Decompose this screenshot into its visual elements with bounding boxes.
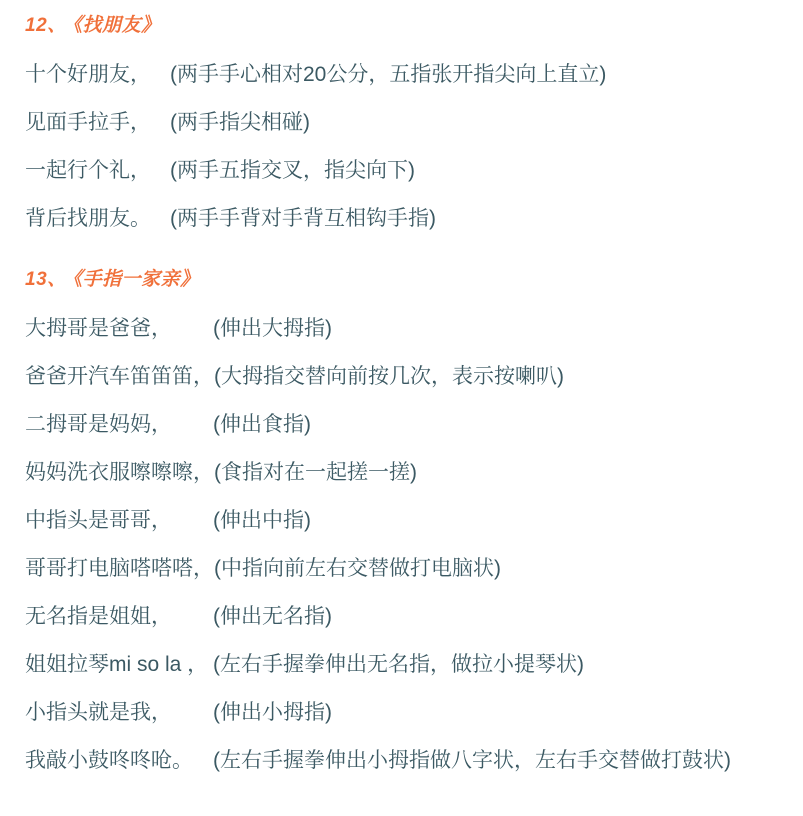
lyric-text: 见面手拉手， (25, 112, 170, 134)
lyric-text: 小指头就是我， (25, 702, 213, 724)
section-number: 13、 (25, 269, 67, 290)
lyric-text: 爸爸开汽车笛笛笛， (25, 366, 214, 388)
rhyme-line: 十个好朋友， (两手手心相对20公分，五指张开指尖向上直立) (25, 64, 783, 86)
rhyme-line: 小指头就是我， (伸出小拇指) (25, 702, 783, 724)
lyric-text: 无名指是姐姐， (25, 606, 213, 628)
action-text: (伸出中指) (213, 510, 311, 532)
lyric-text: 十个好朋友， (25, 64, 170, 86)
action-text: (中指向前左右交替做打电脑状) (214, 558, 501, 580)
rhyme-line: 大拇哥是爸爸， (伸出大拇指) (25, 318, 783, 340)
lyric-text: 背后找朋友。 (25, 208, 170, 230)
document-page: 12、《找朋友》 十个好朋友， (两手手心相对20公分，五指张开指尖向上直立) … (0, 0, 803, 816)
section-title: 13、《手指一家亲》 (25, 268, 783, 292)
action-text: (左右手握拳伸出小拇指做八字状，左右手交替做打鼓状) (213, 750, 731, 772)
section-number: 12、 (25, 15, 67, 36)
rhyme-line: 背后找朋友。 (两手手背对手背互相钩手指) (25, 208, 783, 230)
action-text: (两手指尖相碰) (170, 112, 310, 134)
lyric-text: 姐姐拉琴mi so la ， (25, 654, 213, 676)
section-title-text: 《找朋友》 (73, 15, 161, 36)
lyric-text: 一起行个礼， (25, 160, 170, 182)
rhyme-line: 中指头是哥哥， (伸出中指) (25, 510, 783, 532)
rhyme-line: 哥哥打电脑嗒嗒嗒， (中指向前左右交替做打电脑状) (25, 558, 783, 580)
rhyme-line: 我敲小鼓咚咚呛。 (左右手握拳伸出小拇指做八字状，左右手交替做打鼓状) (25, 750, 783, 772)
action-text: (两手手背对手背互相钩手指) (170, 208, 436, 230)
rhyme-line: 妈妈洗衣服嚓嚓嚓， (食指对在一起搓一搓) (25, 462, 783, 484)
rhyme-line: 见面手拉手， (两手指尖相碰) (25, 112, 783, 134)
lyric-text: 我敲小鼓咚咚呛。 (25, 750, 213, 772)
action-text: (大拇指交替向前按几次，表示按喇叭) (214, 366, 564, 388)
lyric-text: 中指头是哥哥， (25, 510, 213, 532)
rhyme-line: 二拇哥是妈妈， (伸出食指) (25, 414, 783, 436)
section-title: 12、《找朋友》 (25, 14, 783, 38)
rhyme-line: 爸爸开汽车笛笛笛， (大拇指交替向前按几次，表示按喇叭) (25, 366, 783, 388)
rhyme-line: 无名指是姐姐， (伸出无名指) (25, 606, 783, 628)
action-text: (食指对在一起搓一搓) (214, 462, 417, 484)
section-shou-zhi-yi-jia-qin: 13、《手指一家亲》 大拇哥是爸爸， (伸出大拇指) 爸爸开汽车笛笛笛， (大拇… (25, 268, 783, 772)
action-text: (伸出大拇指) (213, 318, 332, 340)
action-text: (两手五指交叉，指尖向下) (170, 160, 415, 182)
action-text: (伸出小拇指) (213, 702, 332, 724)
action-text: (左右手握拳伸出无名指，做拉小提琴状) (213, 654, 584, 676)
rhyme-line: 一起行个礼， (两手五指交叉，指尖向下) (25, 160, 783, 182)
action-text: (两手手心相对20公分，五指张开指尖向上直立) (170, 64, 606, 86)
lyric-text: 妈妈洗衣服嚓嚓嚓， (25, 462, 214, 484)
lyric-text: 二拇哥是妈妈， (25, 414, 213, 436)
lyric-text: 大拇哥是爸爸， (25, 318, 213, 340)
action-text: (伸出无名指) (213, 606, 332, 628)
lyric-text: 哥哥打电脑嗒嗒嗒， (25, 558, 214, 580)
action-text: (伸出食指) (213, 414, 311, 436)
section-title-text: 《手指一家亲》 (73, 269, 200, 290)
rhyme-line: 姐姐拉琴mi so la ， (左右手握拳伸出无名指，做拉小提琴状) (25, 654, 783, 676)
section-zhao-peng-you: 12、《找朋友》 十个好朋友， (两手手心相对20公分，五指张开指尖向上直立) … (25, 14, 783, 230)
